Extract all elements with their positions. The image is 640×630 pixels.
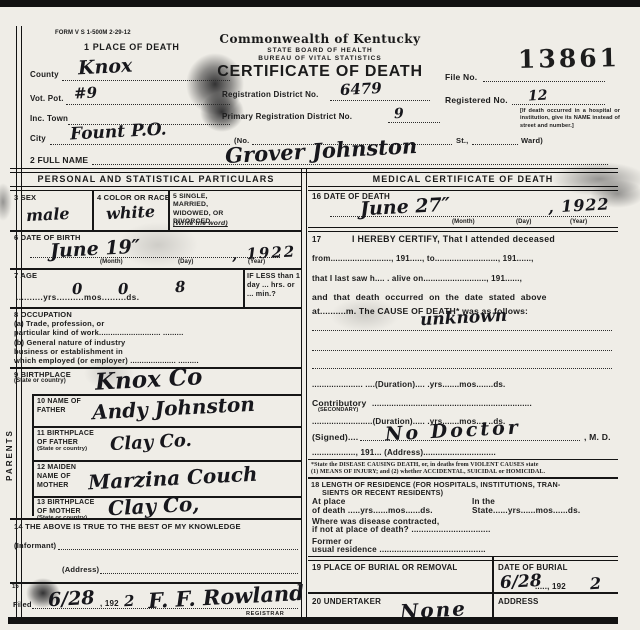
personal-section-title: PERSONAL AND STATISTICAL PARTICULARS xyxy=(10,174,302,184)
occupation-line-b: (b) General nature of industry xyxy=(14,338,296,347)
occupation-line-b2: business or establishment in xyxy=(14,347,296,356)
footnote-bottom-rule xyxy=(308,477,618,479)
informant-address-label: (Address) xyxy=(62,565,99,574)
undertaker-label: 20 UNDERTAKER xyxy=(312,597,381,607)
certificate-title: CERTIFICATE OF DEATH xyxy=(180,63,460,81)
father-name-value: Andy Johnston xyxy=(91,392,255,424)
age-mos-value: 0 xyxy=(118,280,129,299)
at-place-line-2: of death .....yrs......mos......ds. xyxy=(312,506,433,516)
burial-label: 19 PLACE OF BURIAL OR REMOVAL xyxy=(312,563,458,573)
city-st-label: St., xyxy=(456,136,468,145)
informant-label: (Informant) xyxy=(14,541,56,550)
cause-value: unknown xyxy=(420,306,508,331)
age-yrs-value: 0 xyxy=(72,280,83,299)
dod-year: , 1922 xyxy=(548,194,611,216)
filed-year-print: , 192 xyxy=(100,599,119,609)
parents-label: PARENTS xyxy=(5,415,15,495)
sex-race-divider xyxy=(92,190,94,230)
residence-label-2: SIENTS OR RECENT RESIDENTS) xyxy=(322,488,618,497)
father-birthplace-sub: (State or country) xyxy=(37,446,87,454)
reg-district-label: Registration District No. xyxy=(222,90,319,100)
city-ward-label: Ward) xyxy=(521,136,543,145)
vot-pot-value: #9 xyxy=(74,83,98,102)
cause-line-3 xyxy=(312,368,612,369)
undertaker-address-label: ADDRESS xyxy=(498,597,539,607)
state-board-label: STATE BOARD OF HEALTH xyxy=(200,47,440,55)
registered-no-value: 12 xyxy=(528,88,548,105)
informant-address-line xyxy=(100,573,298,574)
row-rule-7 xyxy=(32,460,302,462)
filed-number: 15 xyxy=(12,584,19,592)
file-no-line xyxy=(483,81,605,82)
contributory-dots: ........................................… xyxy=(372,399,618,409)
burial-column-divider xyxy=(492,556,494,618)
bureau-label: BUREAU OF VITAL STATISTICS xyxy=(200,55,440,63)
medical-section-title: MEDICAL CERTIFICATE OF DEATH xyxy=(308,174,618,184)
full-name-line xyxy=(92,164,608,165)
race-value: white xyxy=(106,202,156,224)
vot-pot-label: Vot. Pot. xyxy=(30,94,64,104)
hospital-note: [If death occurred in a hospital or inst… xyxy=(520,108,620,130)
contributory-sub: (SECONDARY) xyxy=(318,407,358,414)
reg-district-line xyxy=(330,100,430,101)
row-rule-9 xyxy=(10,518,302,520)
form-number: FORM V S 1-500M 2-29-12 xyxy=(55,30,131,38)
father-birthplace-label: 11 BIRTHPLACE OF FATHER xyxy=(37,430,97,448)
dod-value: June 27″ xyxy=(359,194,450,221)
in-state-line-2: State......yrs......mos......ds. xyxy=(472,506,580,516)
dob-day-label: (Day) xyxy=(178,259,194,267)
mother-birthplace-label: 13 BIRTHPLACE OF MOTHER xyxy=(37,499,97,517)
filed-date-value: 6/28 xyxy=(47,587,95,611)
county-label: County xyxy=(30,70,59,80)
left-section-rule xyxy=(10,186,301,191)
row-rule-2 xyxy=(10,268,302,270)
father-birthplace-value: Clay Co. xyxy=(110,430,193,455)
mother-birthplace-value: Clay Co, xyxy=(107,492,199,521)
primary-reg-value: 9 xyxy=(394,106,405,122)
contracted-line-2: if not at place of death? ..............… xyxy=(312,525,618,535)
place-of-death-label: 1 PLACE OF DEATH xyxy=(84,42,179,52)
top-scan-bar xyxy=(0,0,640,7)
death-certificate-scan: FORM V S 1-500M 2-29-12 1 PLACE OF DEATH… xyxy=(0,0,640,630)
city-label: City xyxy=(30,134,46,144)
row-rule-1 xyxy=(10,230,302,232)
sex-label: 3 SEX xyxy=(14,193,36,202)
former-line-2: usual residence ........................… xyxy=(312,545,618,555)
burial-year-script: 2 xyxy=(590,574,602,594)
age-subbox-divider xyxy=(243,268,245,307)
city-value: Fount P.O. xyxy=(70,119,168,144)
row-rule-3 xyxy=(10,307,302,309)
occupation-line-b3: which employed (or employer) ...........… xyxy=(14,356,296,365)
burial-top-rule xyxy=(308,556,618,561)
dod-day-label: (Day) xyxy=(516,219,532,227)
burial-year-print: ....., 192 xyxy=(535,582,566,592)
signed-address-line: .................., 191... (Address)....… xyxy=(312,448,618,458)
father-name-label: 10 NAME OF FATHER xyxy=(37,398,92,416)
parents-column-divider xyxy=(32,394,34,516)
race-label: 4 COLOR OR RACE xyxy=(97,193,170,202)
row-rule-6 xyxy=(32,426,302,428)
filed-year-script: 2 xyxy=(124,592,135,611)
full-name-value: Grover Johnston xyxy=(224,133,417,168)
occupation-line-a2: particular kind of work.................… xyxy=(14,328,296,337)
certify-last-saw-line: that I last saw h.... . alive on........… xyxy=(312,274,618,284)
commonwealth-title: Commonwealth of Kentucky xyxy=(200,32,440,46)
registered-no-label: Registered No. xyxy=(445,95,508,106)
age-label: 7 AGE xyxy=(14,271,37,280)
race-marital-divider xyxy=(168,190,170,230)
certify-from-line: from........................., 191.....,… xyxy=(312,254,618,264)
file-no-label: File No. xyxy=(445,72,477,83)
inc-town-label: Inc. Town xyxy=(30,114,68,124)
birthplace-sub: (State or country) xyxy=(14,378,66,386)
dod-year-label: (Year) xyxy=(570,219,587,227)
birthplace-value: Knox Co xyxy=(94,363,203,396)
header-divider-rule xyxy=(10,168,618,173)
reg-district-value: 6479 xyxy=(340,79,383,99)
if-less-note: IF LESS than 1 day ... hrs. or ... min.? xyxy=(247,271,301,298)
sex-value: male xyxy=(26,204,70,225)
footnote-top-rule xyxy=(308,459,618,460)
registered-no-line xyxy=(512,104,605,105)
certify-death-occurred-line: and that death occurred on the date stat… xyxy=(312,292,618,303)
attestation-label: 14 THE ABOVE IS TRUE TO THE BEST OF MY K… xyxy=(14,522,302,531)
footnote-line-2: (1) MEANS OF INJURY; and (2) whether ACC… xyxy=(311,469,618,477)
certify-number: 17 xyxy=(312,235,321,245)
occupation-line-a: (a) Trade, profession, or xyxy=(14,319,296,328)
marital-note: (Write the word) xyxy=(173,220,228,228)
bottom-border-bar xyxy=(8,617,618,624)
dod-bottom-rule xyxy=(308,227,618,232)
filed-label: Filed xyxy=(13,600,32,609)
dob-year-label: (Year) xyxy=(248,259,265,267)
dob-value: June 19″ xyxy=(49,236,140,263)
full-name-label: 2 FULL NAME xyxy=(30,155,88,166)
dob-month-label: (Month) xyxy=(100,259,123,267)
stamp-file-number: 13861 xyxy=(518,43,620,74)
md-label: , M. D. xyxy=(584,432,611,443)
age-ds-value: 8 xyxy=(175,278,186,297)
cause-line-2 xyxy=(312,350,612,351)
county-value: Knox xyxy=(77,55,132,80)
vot-pot-line xyxy=(66,104,230,105)
occupation-label: 8 OCCUPATION xyxy=(14,310,72,319)
primary-reg-label: Primary Registration District No. xyxy=(222,112,352,122)
dod-month-label: (Month) xyxy=(452,219,475,227)
right-section-rule xyxy=(308,186,618,191)
informant-line xyxy=(58,549,298,550)
certify-line: I HEREBY CERTIFY, That I attended deceas… xyxy=(352,234,555,245)
mother-name-value: Marzina Couch xyxy=(87,462,258,495)
burial-mid-rule xyxy=(308,592,618,594)
cause-line-1 xyxy=(312,330,612,331)
duration-line-1: ..................... ....(Duration)....… xyxy=(312,380,618,390)
county-line xyxy=(62,80,230,81)
signed-label: (Signed).... xyxy=(312,432,358,443)
city-st-line xyxy=(472,144,518,145)
